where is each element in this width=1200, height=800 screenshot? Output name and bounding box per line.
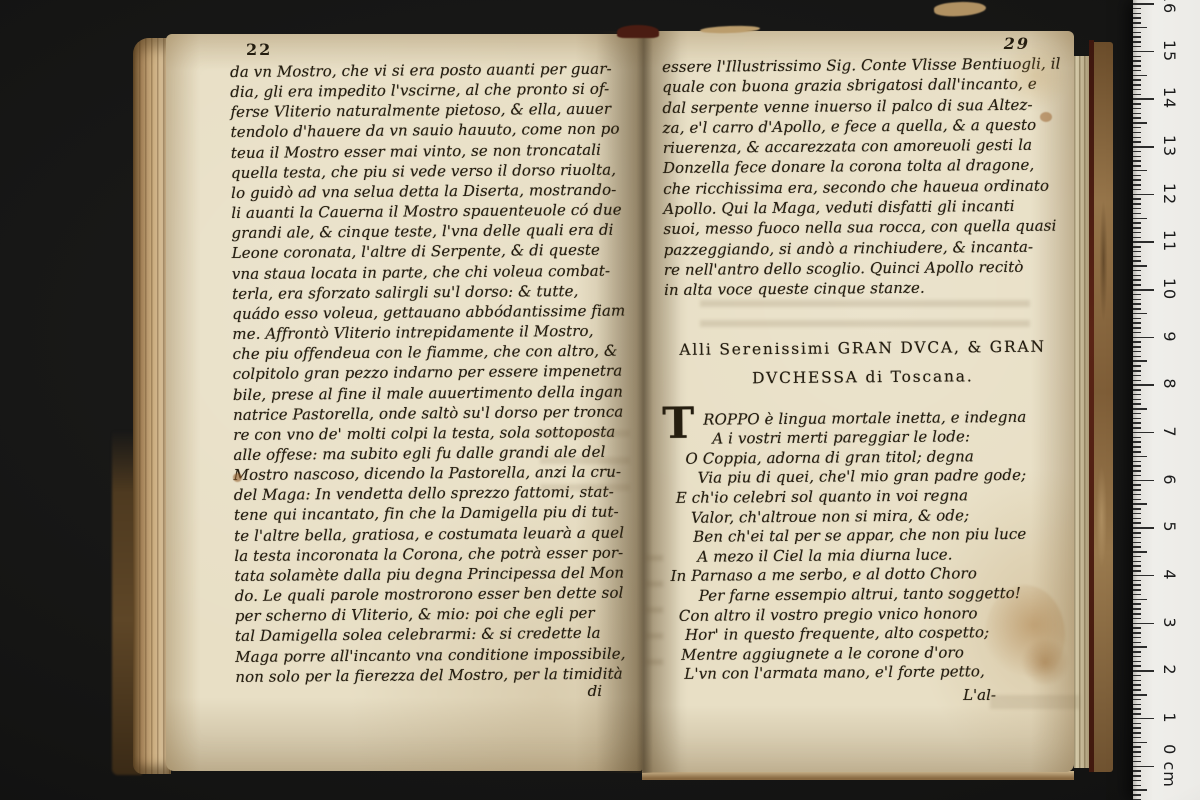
ruler-tick xyxy=(1133,141,1141,143)
ruler-tick xyxy=(1133,632,1141,634)
ruler-label: 2 xyxy=(1160,665,1179,676)
ruler-tick xyxy=(1133,603,1141,605)
ruler-tick xyxy=(1133,389,1141,391)
ruler-tick xyxy=(1133,3,1154,5)
ruler-label: 3 xyxy=(1160,617,1179,628)
text-line: in alta voce queste cinque stanze. xyxy=(664,277,1060,301)
ruler-tick xyxy=(1133,789,1147,791)
ruler-tick xyxy=(1133,670,1154,672)
ruler-label: 1 xyxy=(1160,712,1179,723)
ruler-tick xyxy=(1133,794,1141,796)
ruler-tick xyxy=(1133,327,1141,329)
poem-line: Ben ch'ei tal per se appar, che non piu … xyxy=(693,525,1062,548)
ruler-tick xyxy=(1133,222,1141,224)
ruler-tick xyxy=(1133,756,1141,758)
ruler-tick xyxy=(1133,137,1141,139)
ruler-tick xyxy=(1133,503,1147,505)
ruler-tick xyxy=(1133,60,1141,62)
ruler-tick xyxy=(1133,132,1141,134)
drop-cap: T xyxy=(662,403,694,443)
ruler-tick xyxy=(1133,699,1141,701)
ruler-tick xyxy=(1133,761,1141,763)
ruler-label: 14 xyxy=(1160,87,1179,109)
ruler: 0 cm12345678910111213141516 xyxy=(1133,0,1200,800)
ruler-tick xyxy=(1133,589,1141,591)
ruler-tick xyxy=(1133,241,1154,243)
book-photo: 22 da vn Mostro, che vi si era posto aua… xyxy=(0,0,1200,800)
ruler-tick xyxy=(1133,694,1147,696)
ruler-tick xyxy=(1133,151,1141,153)
ruler-tick xyxy=(1133,332,1141,334)
ruler-tick xyxy=(1133,299,1141,301)
ruler-tick xyxy=(1133,75,1147,77)
ruler-tick xyxy=(1133,537,1141,539)
ruler-tick xyxy=(1133,275,1141,277)
ruler-tick xyxy=(1133,422,1141,424)
ruler-tick xyxy=(1133,260,1141,262)
ruler-tick xyxy=(1133,727,1141,729)
ruler-tick xyxy=(1133,41,1141,43)
book-page-left: 22 da vn Mostro, che vi si era posto aua… xyxy=(166,34,642,771)
ruler-tick xyxy=(1133,265,1147,267)
ruler-tick xyxy=(1133,689,1141,691)
ruler-tick xyxy=(1133,246,1141,248)
ruler-tick xyxy=(1133,599,1147,601)
ruler-tick xyxy=(1133,437,1141,439)
ruler-label: 12 xyxy=(1160,183,1179,205)
ruler-tick xyxy=(1133,713,1141,715)
ruler-label: 8 xyxy=(1160,379,1179,390)
ruler-tick xyxy=(1133,751,1141,753)
ruler-tick xyxy=(1133,360,1147,362)
dedication-heading: Alli Serenissimi GRAN DVCA, & GRAN DVCHE… xyxy=(664,332,1060,393)
page-number-left: 22 xyxy=(246,40,272,59)
ruler-label: 16 xyxy=(1160,0,1179,14)
ruler-tick xyxy=(1133,680,1141,682)
ruler-tick xyxy=(1133,542,1141,544)
ruler-tick xyxy=(1133,461,1141,463)
poem-line: Per farne essempio altrui, tanto soggett… xyxy=(699,583,1063,606)
ruler-tick xyxy=(1133,84,1141,86)
ruler-tick xyxy=(1133,432,1154,434)
ruler-tick xyxy=(1133,570,1141,572)
ruler-tick xyxy=(1133,775,1141,777)
ruler-tick xyxy=(1133,718,1154,720)
ruler-tick xyxy=(1133,518,1141,520)
ruler-tick xyxy=(1133,499,1141,501)
ruler-tick xyxy=(1133,146,1154,148)
ruler-tick xyxy=(1133,561,1141,563)
ruler-tick xyxy=(1133,408,1147,410)
right-page-paragraph: essere l'Illustrissimo Sig. Conte Vlisse… xyxy=(662,54,1060,301)
ruler-tick xyxy=(1133,594,1141,596)
ruler-tick xyxy=(1133,665,1141,667)
ruler-tick xyxy=(1133,318,1141,320)
ruler-tick xyxy=(1133,418,1141,420)
ruler-tick xyxy=(1133,451,1141,453)
ruler-tick xyxy=(1133,746,1141,748)
right-page-text: essere l'Illustrissimo Sig. Conte Vlisse… xyxy=(662,54,1063,685)
ruler-tick xyxy=(1133,356,1141,358)
ruler-tick xyxy=(1133,232,1141,234)
ruler-tick xyxy=(1133,256,1141,258)
ruler-tick xyxy=(1133,17,1141,19)
spine-headband xyxy=(617,25,659,38)
ruler-tick xyxy=(1133,465,1141,467)
ruler-tick xyxy=(1133,370,1141,372)
heading-line: Alli Serenissimi GRAN DVCA, & GRAN xyxy=(664,332,1060,364)
ruler-label: 10 xyxy=(1160,278,1179,300)
ruler-tick xyxy=(1133,89,1141,91)
ruler-tick xyxy=(1133,70,1141,72)
ruler-tick xyxy=(1133,637,1141,639)
ruler-tick xyxy=(1133,441,1141,443)
ruler-label: 7 xyxy=(1160,426,1179,437)
ruler-tick xyxy=(1133,351,1141,353)
ruler-tick xyxy=(1133,403,1141,405)
ruler-tick xyxy=(1133,708,1141,710)
ruler-tick xyxy=(1133,737,1141,739)
ruler-tick xyxy=(1133,704,1141,706)
ruler-tick xyxy=(1133,341,1141,343)
ruler-tick xyxy=(1133,661,1141,663)
ruler-tick xyxy=(1133,270,1141,272)
ruler-tick xyxy=(1133,556,1141,558)
ruler-tick xyxy=(1133,189,1141,191)
ruler-tick xyxy=(1133,489,1141,491)
ruler-tick xyxy=(1133,194,1154,196)
right-cover-edge xyxy=(1094,42,1113,772)
ruler-tick xyxy=(1133,156,1141,158)
ruler-label: 5 xyxy=(1160,522,1179,533)
ruler-tick xyxy=(1133,98,1154,100)
ruler-tick xyxy=(1133,13,1141,15)
ruler-tick xyxy=(1133,522,1141,524)
ruler-tick xyxy=(1133,551,1147,553)
ruler-tick xyxy=(1133,51,1154,53)
ruler-tick xyxy=(1133,527,1154,529)
bottom-right-page-edge xyxy=(642,771,1074,780)
ruler-tick xyxy=(1133,127,1141,129)
ruler-tick xyxy=(1133,785,1141,787)
ruler-label: 9 xyxy=(1160,331,1179,342)
ruler-tick xyxy=(1133,642,1141,644)
ruler-tick xyxy=(1133,532,1141,534)
ruler-tick xyxy=(1133,623,1154,625)
ruler-tick xyxy=(1133,227,1141,229)
ruler-tick xyxy=(1133,213,1141,215)
ruler-tick xyxy=(1133,103,1141,105)
ruler-tick xyxy=(1133,289,1154,291)
ruler-tick xyxy=(1133,79,1141,81)
poem-stanza: T ROPPO è lingua mortale inetta, e indeg… xyxy=(665,407,1063,685)
ruler-tick xyxy=(1133,618,1141,620)
ruler-tick xyxy=(1133,56,1141,58)
ruler-tick xyxy=(1133,475,1141,477)
ruler-tick xyxy=(1133,294,1141,296)
ruler-tick xyxy=(1133,651,1141,653)
ruler-tick xyxy=(1133,218,1147,220)
ruler-tick xyxy=(1133,732,1141,734)
ruler-tick xyxy=(1133,684,1141,686)
ruler-tick xyxy=(1133,546,1141,548)
ruler-tick xyxy=(1133,394,1141,396)
ruler-tick xyxy=(1133,480,1154,482)
ruler-tick xyxy=(1133,375,1141,377)
poem-line: Via piu di quei, che'l mio gran padre go… xyxy=(698,466,1062,489)
ruler-tick xyxy=(1133,627,1141,629)
ruler-tick xyxy=(1133,780,1141,782)
ruler-tick xyxy=(1133,46,1141,48)
text-line: non solo per la fierezza del Mostro, per… xyxy=(235,663,635,687)
ruler-tick xyxy=(1133,446,1141,448)
ruler-tick xyxy=(1133,346,1141,348)
ruler-tick xyxy=(1133,284,1141,286)
heading-line: DVCHESSA di Toscana. xyxy=(665,361,1061,393)
ruler-tick xyxy=(1133,179,1141,181)
ruler-tick xyxy=(1133,580,1141,582)
ruler-tick xyxy=(1133,94,1141,96)
ruler-tick xyxy=(1133,184,1141,186)
poem-line: ROPPO è lingua mortale inetta, e indegna xyxy=(703,407,1061,430)
ruler-label: 6 xyxy=(1160,474,1179,485)
catchword-left: di xyxy=(588,682,602,700)
ruler-tick xyxy=(1133,251,1141,253)
ruler-tick xyxy=(1133,494,1141,496)
poem-lines: ROPPO è lingua mortale inetta, e indegna… xyxy=(665,407,1063,685)
text-line: quale con buona grazia sbrigatosi dall'i… xyxy=(662,74,1058,98)
ruler-tick xyxy=(1133,584,1141,586)
paper-chip xyxy=(934,0,987,18)
ruler-tick xyxy=(1133,484,1141,486)
ruler-tick xyxy=(1133,723,1141,725)
ruler-tick xyxy=(1133,565,1141,567)
ruler-tick xyxy=(1133,513,1141,515)
ruler-tick xyxy=(1133,380,1141,382)
ruler-tick xyxy=(1133,470,1141,472)
ruler-tick xyxy=(1133,279,1141,281)
ruler-tick xyxy=(1133,170,1147,172)
ruler-tick xyxy=(1133,413,1141,415)
poem-line: L'vn con l'armata mano, e'l forte petto, xyxy=(684,662,1063,685)
ruler-tick xyxy=(1133,303,1141,305)
ruler-label: 15 xyxy=(1160,40,1179,62)
ruler-tick xyxy=(1133,108,1141,110)
ruler-tick xyxy=(1133,198,1141,200)
ruler-label: 0 cm xyxy=(1160,744,1179,788)
ruler-tick xyxy=(1133,608,1141,610)
ruler-tick xyxy=(1133,117,1141,119)
ruler-tick xyxy=(1133,322,1141,324)
ruler-tick xyxy=(1133,22,1141,24)
ruler-tick xyxy=(1133,65,1141,67)
ruler-tick xyxy=(1133,8,1141,10)
catchword-right: L'al- xyxy=(963,686,996,704)
ruler-tick xyxy=(1133,675,1141,677)
book-page-right: 29 essere l'Illustrissimo Sig. Conte Vli… xyxy=(642,31,1074,772)
text-line: colpitolo gran pezzo indarno per essere … xyxy=(233,361,633,385)
ruler-tick xyxy=(1133,384,1154,386)
ruler-tick xyxy=(1133,203,1141,205)
ruler-tick xyxy=(1133,308,1141,310)
text-line: tal Damigella solea celebrarmi: & si cre… xyxy=(235,623,635,647)
ruler-tick xyxy=(1133,113,1141,115)
ruler-tick xyxy=(1133,337,1154,339)
ruler-tick xyxy=(1133,766,1154,768)
ruler-label: 11 xyxy=(1160,230,1179,252)
ruler-tick xyxy=(1133,122,1147,124)
ruler-tick xyxy=(1133,165,1141,167)
ruler-tick xyxy=(1133,770,1141,772)
ruler-tick xyxy=(1133,237,1141,239)
ruler-label: 13 xyxy=(1160,135,1179,157)
left-page-text: da vn Mostro, che vi si era posto auanti… xyxy=(230,59,635,687)
ruler-tick xyxy=(1133,36,1141,38)
ruler-tick xyxy=(1133,427,1141,429)
ruler-tick xyxy=(1133,313,1147,315)
ruler-tick xyxy=(1133,27,1147,29)
text-line: Leone coronata, l'altre di Serpente, & d… xyxy=(232,240,632,264)
ruler-tick xyxy=(1133,208,1141,210)
text-line: re nell'antro dello scoglio. Quinci Apol… xyxy=(664,257,1060,281)
ruler-tick xyxy=(1133,160,1141,162)
ruler-tick xyxy=(1133,508,1141,510)
ruler-tick xyxy=(1133,575,1154,577)
ruler-tick xyxy=(1133,32,1141,34)
ruler-tick xyxy=(1133,175,1141,177)
page-number-right: 29 xyxy=(1004,34,1030,53)
ruler-tick xyxy=(1133,646,1147,648)
ruler-tick xyxy=(1133,742,1147,744)
ruler-tick xyxy=(1133,613,1141,615)
ruler-label: 4 xyxy=(1160,569,1179,580)
ruler-tick xyxy=(1133,399,1141,401)
ruler-tick xyxy=(1133,365,1141,367)
ruler-tick xyxy=(1133,456,1147,458)
ruler-tick xyxy=(1133,656,1141,658)
